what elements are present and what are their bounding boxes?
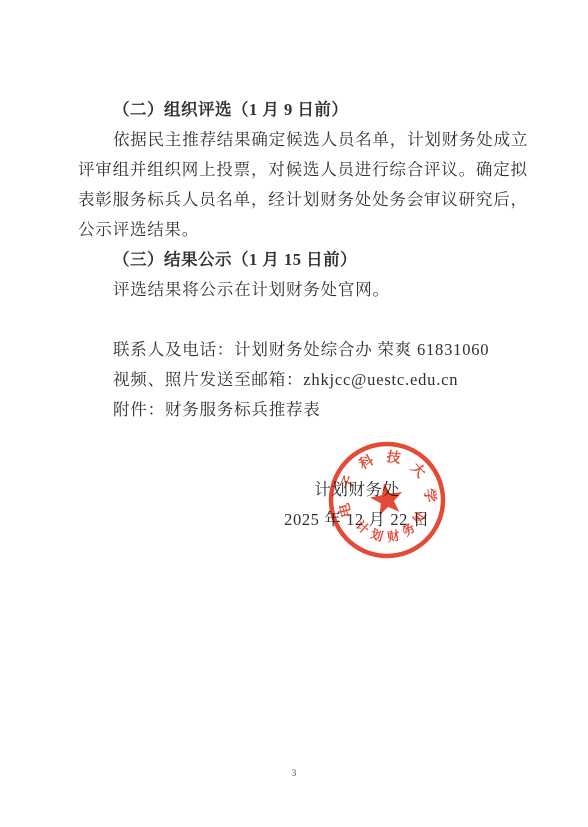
paragraph-line: 表彰服务标兵人员名单，经计划财务处处务会审议研究后， bbox=[78, 185, 518, 215]
section-heading-3: （三）结果公示（1 月 15 日前） bbox=[78, 245, 518, 275]
svg-text:科: 科 bbox=[356, 451, 377, 473]
paragraph-line: 公示评选结果。 bbox=[78, 215, 518, 245]
signature-block: 计划财务处 2025 年 12 月 22 日 bbox=[247, 475, 467, 535]
document-body: （二）组织评选（1 月 9 日前） 依据民主推荐结果确定候选人员名单，计划财务处… bbox=[78, 95, 518, 425]
page-number: 3 bbox=[0, 768, 588, 778]
contact-line: 联系人及电话：计划财务处综合办 荣爽 61831060 bbox=[78, 335, 518, 365]
document-page: （二）组织评选（1 月 9 日前） 依据民主推荐结果确定候选人员名单，计划财务处… bbox=[0, 0, 588, 827]
svg-text:技: 技 bbox=[384, 448, 401, 467]
paragraph-line: 评审组并组织网上投票，对候选人员进行综合评议。确定拟 bbox=[78, 155, 518, 185]
paragraph-line: 评选结果将公示在计划财务处官网。 bbox=[78, 275, 518, 305]
signature-organization: 计划财务处 bbox=[247, 475, 467, 505]
attachment-line: 附件：财务服务标兵推荐表 bbox=[78, 395, 518, 425]
section-heading-2: （二）组织评选（1 月 9 日前） bbox=[78, 95, 518, 125]
paragraph-line: 依据民主推荐结果确定候选人员名单，计划财务处成立 bbox=[78, 125, 518, 155]
email-line: 视频、照片发送至邮箱：zhkjcc@uestc.edu.cn bbox=[78, 365, 518, 395]
blank-line bbox=[78, 305, 518, 335]
signature-date: 2025 年 12 月 22 日 bbox=[247, 505, 467, 535]
